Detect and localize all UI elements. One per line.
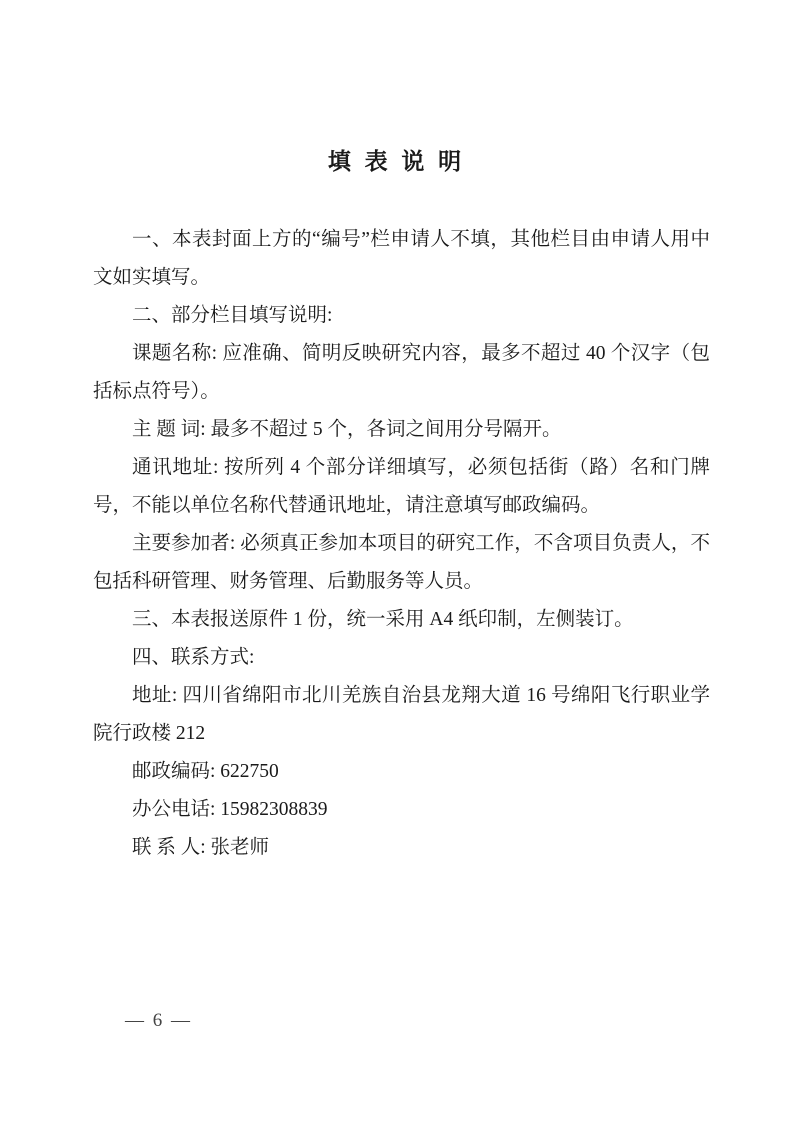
page-number: — 6 — [125,1010,192,1032]
paragraph-instruction-2: 二、部分栏目填写说明: [93,297,710,335]
paragraph-contact-heading: 四、联系方式: [93,639,710,677]
document-title: 填 表 说 明 [0,0,793,177]
paragraph-mailing-address: 通讯地址: 按所列 4 个部分详细填写，必须包括街（路）名和门牌号，不能以单位名… [93,449,710,525]
paragraph-keywords: 主 题 词: 最多不超过 5 个，各词之间用分号隔开。 [93,411,710,449]
paragraph-instruction-1: 一、本表封面上方的“编号”栏申请人不填，其他栏目由申请人用中文如实填写。 [93,221,710,297]
paragraph-address: 地址: 四川省绵阳市北川羌族自治县龙翔大道 16 号绵阳飞行职业学院行政楼 21… [93,677,710,753]
document-page: 填 表 说 明 一、本表封面上方的“编号”栏申请人不填，其他栏目由申请人用中文如… [0,0,793,1122]
paragraph-topic-name: 课题名称: 应准确、简明反映研究内容，最多不超过 40 个汉字（包括标点符号）。 [93,335,710,411]
document-body: 一、本表封面上方的“编号”栏申请人不填，其他栏目由申请人用中文如实填写。 二、部… [93,221,710,867]
paragraph-office-phone: 办公电话: 15982308839 [93,791,710,829]
paragraph-main-participants: 主要参加者: 必须真正参加本项目的研究工作，不含项目负责人，不包括科研管理、财务… [93,525,710,601]
paragraph-instruction-3: 三、本表报送原件 1 份，统一采用 A4 纸印制，左侧装订。 [93,601,710,639]
paragraph-contact-person: 联 系 人: 张老师 [93,829,710,867]
paragraph-postal-code: 邮政编码: 622750 [93,753,710,791]
